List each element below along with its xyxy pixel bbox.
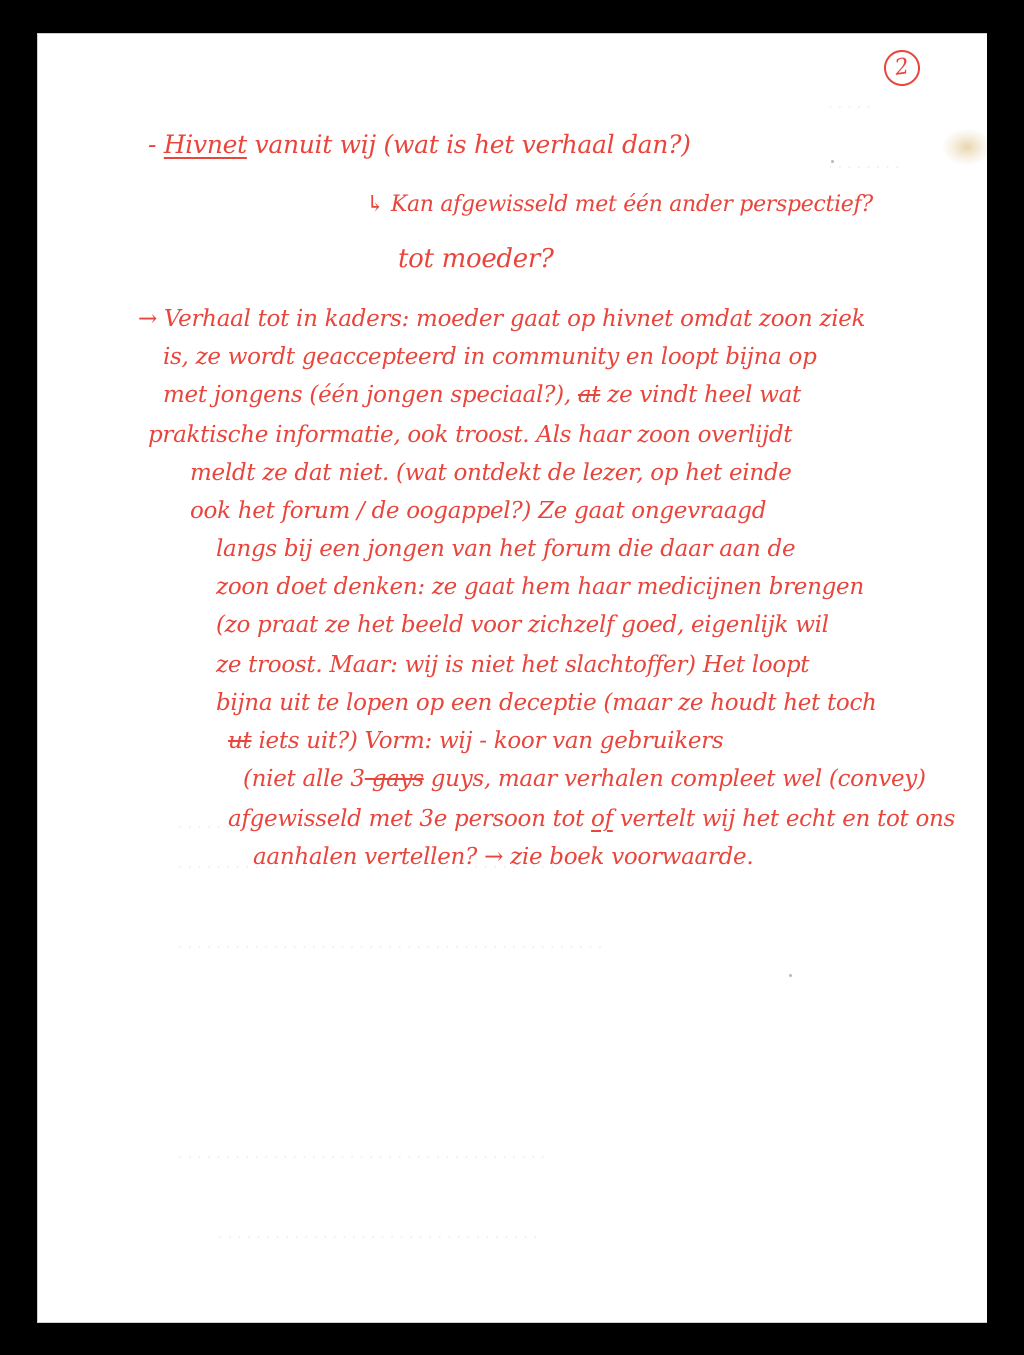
note-line: ook het forum / de oogappel?) Ze gaat on… bbox=[190, 498, 766, 524]
circled-page-number: 2 bbox=[882, 48, 923, 89]
note-line: (niet alle 3 gays guys, maar verhalen co… bbox=[243, 766, 926, 792]
line-text: 3 bbox=[350, 766, 364, 792]
line-text: vertelt wij het echt en tot ons bbox=[613, 806, 955, 832]
note-line: ze troost. Maar: wij is niet het slachto… bbox=[216, 652, 809, 678]
line-text: iets uit?) Vorm: wij - koor van gebruike… bbox=[251, 728, 723, 754]
note-line: tot moeder? bbox=[398, 244, 554, 274]
note-line: → Verhaal tot in kaders: moeder gaat op … bbox=[138, 306, 865, 332]
note-line: langs bij een jongen van het forum die d… bbox=[216, 536, 795, 562]
line-text: (niet alle bbox=[243, 766, 350, 792]
bleed-through-text: . . . . . . . . . . . . . . . . . . . . … bbox=[178, 934, 602, 952]
paper-speck bbox=[789, 974, 792, 977]
line-text: vanuit wij (wat is het verhaal dan?) bbox=[247, 130, 691, 159]
note-line: (zo praat ze het beeld voor zichzelf goe… bbox=[216, 612, 829, 638]
note-line: praktische informatie, ook troost. Als h… bbox=[148, 422, 792, 448]
note-line: afgewisseld met 3e persoon tot of vertel… bbox=[228, 806, 955, 832]
paper-speck bbox=[831, 160, 834, 163]
struck-word: at bbox=[578, 382, 600, 408]
line-text: guys, maar verhalen compleet wel (convey… bbox=[424, 766, 926, 792]
line-text: ze vindt heel wat bbox=[600, 382, 801, 408]
struck-word: ut bbox=[228, 728, 251, 754]
note-line: meldt ze dat niet. (wat ontdekt de lezer… bbox=[190, 460, 792, 486]
handwritten-page: . . . . . . . . . . . . . . . . . . . . … bbox=[37, 33, 987, 1323]
bleed-through-text: . . . . . bbox=[828, 94, 871, 112]
bleed-through-text: . . . . . . . . bbox=[828, 154, 900, 172]
line-text: met jongens (één jongen speciaal?), bbox=[163, 382, 578, 408]
line-text: afgewisseld met 3e persoon tot bbox=[228, 806, 591, 832]
underlined-word: Hivnet bbox=[164, 130, 247, 159]
bleed-through-text: . . . . . . . . . . . . . . . . . . . . … bbox=[178, 1144, 545, 1162]
note-line: - Hivnet vanuit wij (wat is het verhaal … bbox=[148, 130, 691, 159]
note-line: is, ze wordt geaccepteerd in community e… bbox=[163, 344, 817, 370]
note-line: met jongens (één jongen speciaal?), at z… bbox=[163, 382, 801, 408]
page-number: 2 bbox=[893, 54, 910, 81]
underlined-word: of bbox=[591, 806, 613, 832]
note-line: zoon doet denken: ze gaat hem haar medic… bbox=[216, 574, 864, 600]
note-line: ut iets uit?) Vorm: wij - koor van gebru… bbox=[228, 728, 723, 754]
bleed-through-text: . . . . . . . . . . . . . . . . . . . . … bbox=[218, 1224, 537, 1242]
note-line: bijna uit te lopen op een deceptie (maar… bbox=[216, 690, 877, 716]
note-line: aanhalen vertellen? → zie boek voorwaard… bbox=[253, 844, 753, 870]
dash: - bbox=[148, 130, 164, 159]
struck-word: gays bbox=[365, 766, 424, 792]
note-line: ↳ Kan afgewisseld met één ander perspect… bbox=[366, 192, 873, 217]
paper-stain bbox=[943, 129, 987, 165]
